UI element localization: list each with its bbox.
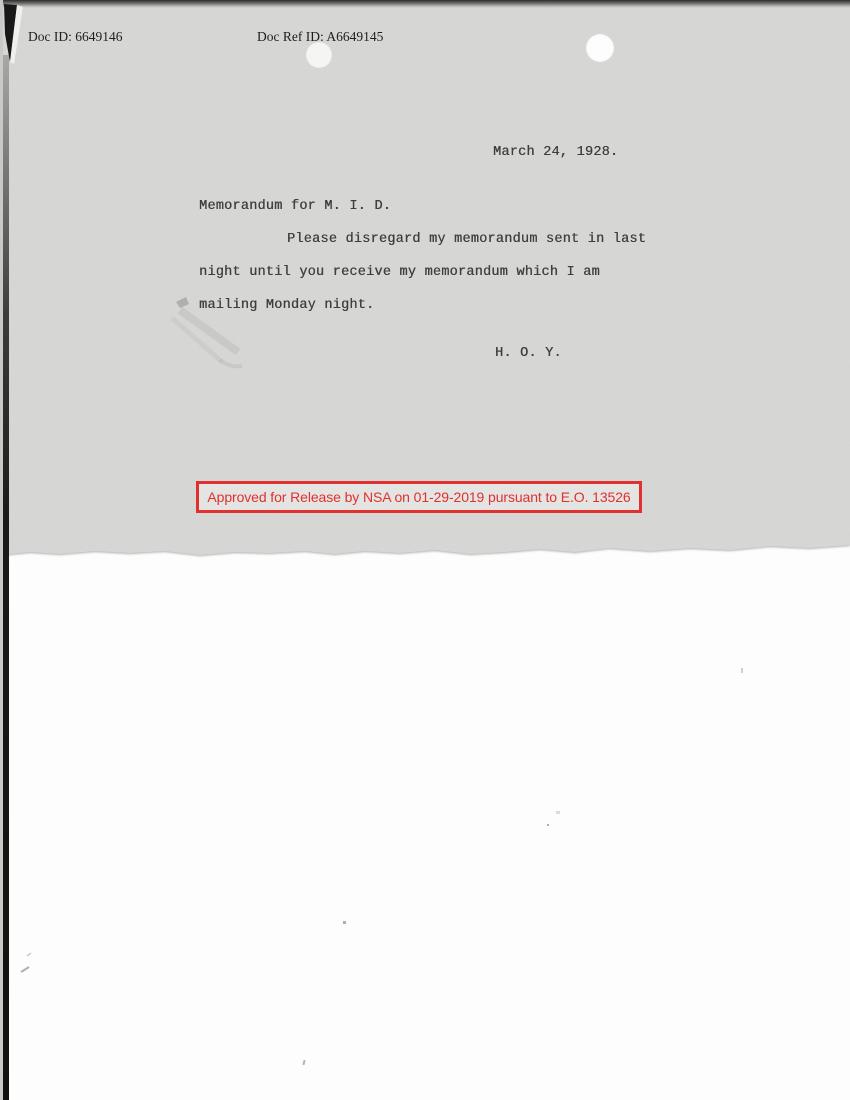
memo-salutation: Memorandum for M. I. D. [199,199,391,214]
paper-speck [302,1060,305,1065]
scanner-top-edge-shadow [0,0,850,8]
paper-speck [343,921,346,924]
pencil-smudge [160,288,270,388]
page-left-edge-dark [3,55,9,1100]
scan-sheet: Doc ID: 6649146 Doc Ref ID: A6649145 Mar… [0,0,850,558]
scan-sheet-wrap: Doc ID: 6649146 Doc Ref ID: A6649145 Mar… [0,0,850,560]
pencil-mark [18,944,38,978]
memo-signature: H. O. Y. [495,346,562,361]
doc-ref-id-label: Doc Ref ID: A6649145 [257,29,383,45]
nsa-release-stamp-text: Approved for Release by NSA on 01-29-201… [207,489,630,505]
nsa-release-stamp: Approved for Release by NSA on 01-29-201… [196,481,642,513]
memo-body-line: Please disregard my memorandum sent in l… [287,232,646,247]
paper-speck [741,668,743,673]
doc-id-label: Doc ID: 6649146 [28,29,123,45]
corner-fold [0,0,34,80]
memo-date: March 24, 1928. [493,145,618,160]
memo-body-line: night until you receive my memorandum wh… [199,265,600,280]
paper-speck [556,811,560,814]
hole-punch [306,42,332,68]
hole-punch [586,34,614,62]
paper-speck [547,824,549,826]
scanned-document-page: Doc ID: 6649146 Doc Ref ID: A6649145 Mar… [0,0,850,1100]
